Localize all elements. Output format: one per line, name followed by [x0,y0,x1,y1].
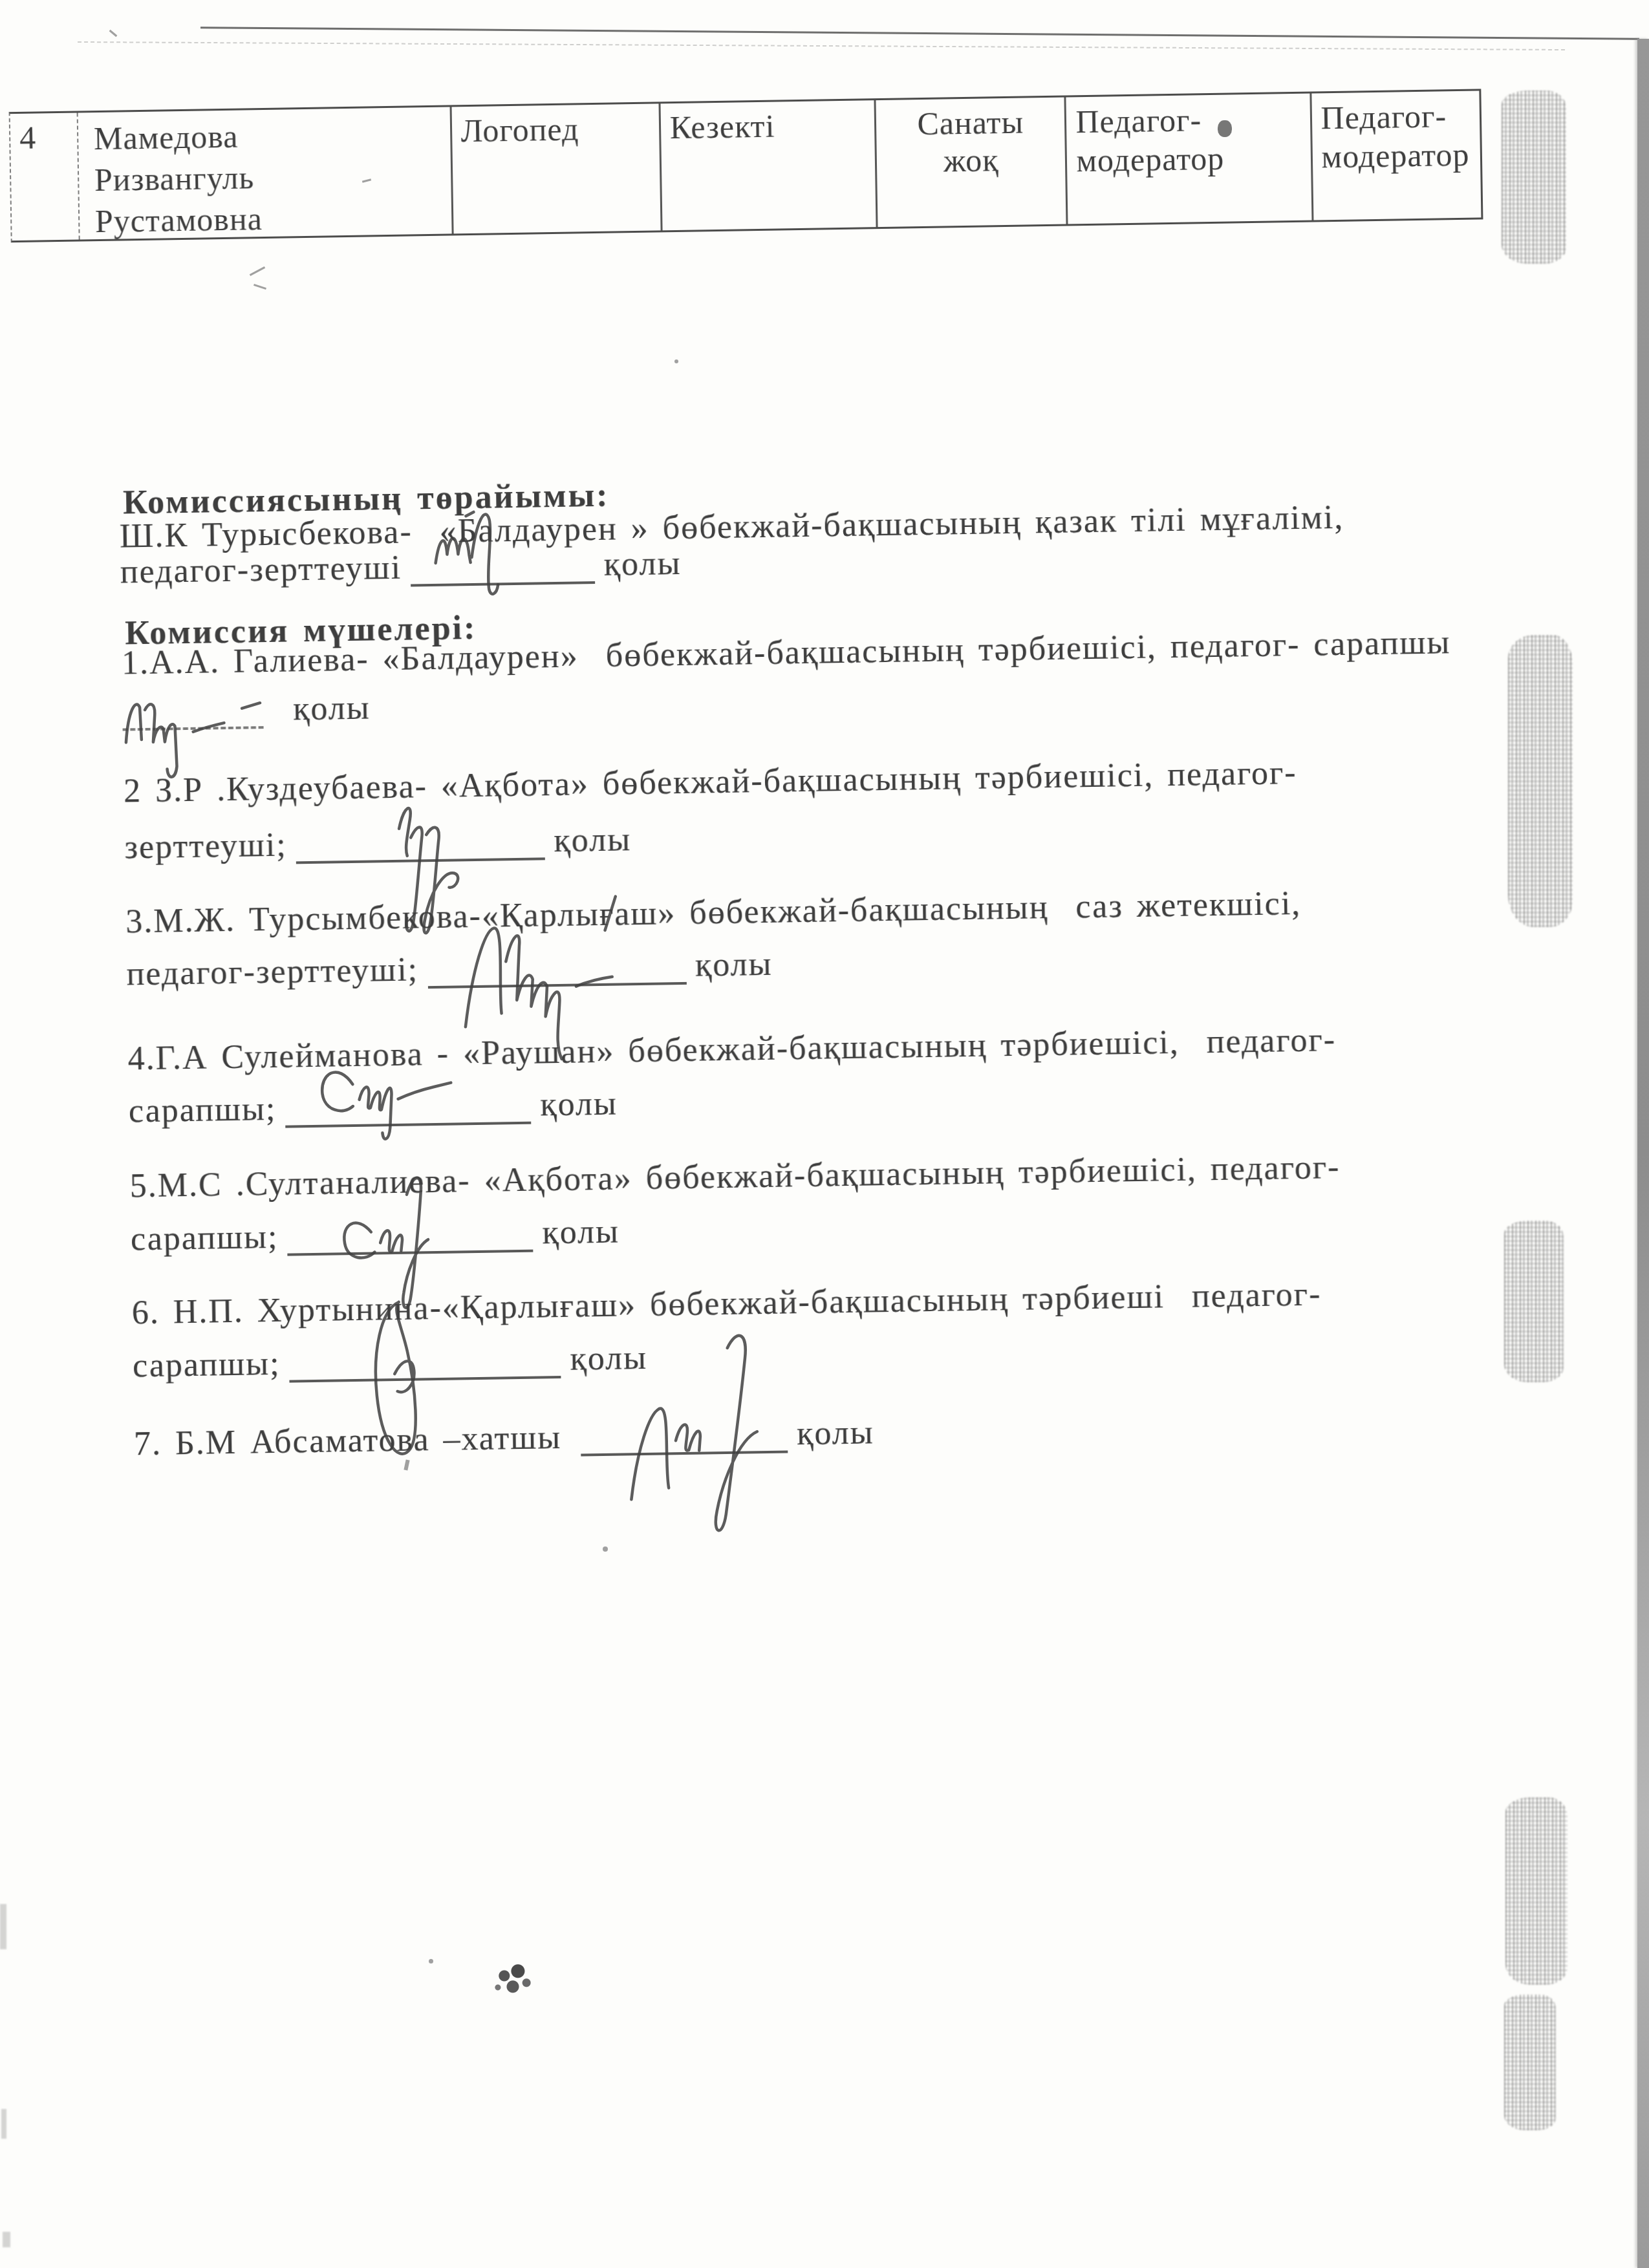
category-line: жоқ [886,140,1057,180]
member-3-role: педагог-зерттеуші; [126,950,418,993]
name-line: Ризвангуль [94,154,442,200]
document-content: 4 Мамедова Ризвангуль Рустамовна Логопед… [0,0,1649,2268]
chair-sign-line: педагог-зерттеуші қолы [120,544,681,592]
table-cell-duty: Кезекті [658,100,876,230]
member-6-role: сарапшы; [133,1345,281,1385]
claimed-category-line: модератор [1321,135,1471,177]
table-cell-claimed-category: Педагог- модератор [1309,91,1481,220]
member-3-line1: 3.М.Ж. Турсымбекова-«Қарлығаш» бөбекжай-… [125,884,1302,941]
edge-streak [0,1904,6,1949]
member-2-sign-label: қолы [554,820,631,860]
member-3-sign-label: қолы [695,945,773,985]
table-cell-position: Логопед [449,103,660,233]
member-2-line1: 2 З.Р .Куздеубаева- «Ақбота» бөбекжай-ба… [124,754,1297,810]
member-5-role: сарапшы; [131,1218,279,1259]
table-cell-category: Санаты жоқ [874,98,1066,228]
signature-member-1 [116,664,273,786]
member-2-role: зерттеуші; [124,826,287,867]
row-number: 4 [19,120,37,156]
name-line: Мамедова [94,112,442,159]
edge-streak [1,2109,6,2139]
member-4-sign-label: қолы [540,1085,618,1124]
member-2-sign-line: зерттеуші; қолы [124,820,631,866]
member-4-role: сарапшы; [128,1090,276,1131]
duty-value: Кезекті [669,108,775,146]
name-line: Рустамовна [95,195,443,240]
chair-role: педагог-зерттеуші [120,549,402,592]
chair-sign-label: қолы [603,544,681,584]
member-1-sign-label: қолы [293,689,371,729]
table-cell-name: Мамедова Ризвангуль Рустамовна [76,107,451,239]
current-category-line: модератор [1076,138,1302,180]
claimed-category-line: Педагог- [1320,96,1471,138]
signature-member-7 [616,1330,813,1546]
current-category-line: Педагог- [1075,99,1301,141]
category-line: Санаты [885,103,1056,143]
position-value: Логопед [460,111,579,149]
member-7-line1: 7. Б.М Абсаматова –хатшы [134,1418,562,1463]
table-cell-row-number: 4 [10,113,79,241]
signature-member-4 [309,1042,473,1158]
qualification-table: 4 Мамедова Ризвангуль Рустамовна Логопед… [9,89,1483,242]
member-6-line1: 6. Н.П. Хуртынина-«Қарлығаш» бөбекжай-ба… [131,1276,1321,1332]
member-5-sign-label: қолы [542,1213,620,1252]
signature-chair [428,491,553,600]
edge-streak [3,2232,10,2247]
table-cell-current-category: Педагог- модератор [1064,94,1311,224]
scanned-document-page: 4 Мамедова Ризвангуль Рустамовна Логопед… [0,0,1649,2268]
